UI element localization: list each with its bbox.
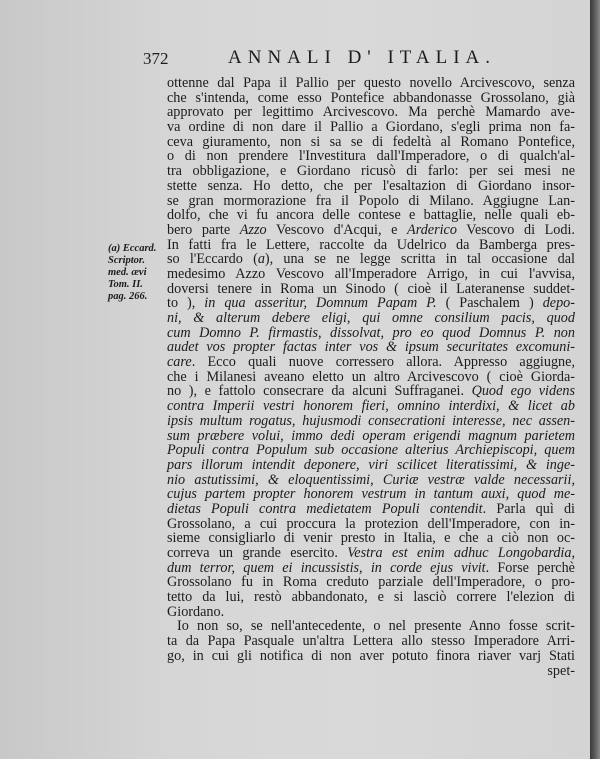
- text-run: stette senza. Ho detto, che per l'esalta…: [167, 178, 575, 194]
- text-line: nio astutissimi, & eloquentissimi, Curiæ…: [167, 473, 575, 488]
- text-line: In fatti fra le Lettere, raccolte da Ude…: [167, 238, 575, 253]
- italic-latin-text: in qua asseritur, Domnum Papam P.: [204, 295, 436, 311]
- italic-latin-text: dietas Populi contra medietatem Populi c…: [167, 501, 483, 517]
- text-run: se gran mormorazione fra il Popolo di Mi…: [167, 193, 575, 209]
- text-line: tetto da lui, restò abbandonato, e si la…: [167, 590, 575, 605]
- text-line: no ), e fattolo consecrare da alcuni Suf…: [167, 384, 575, 399]
- text-run: ceva giuramento, non si sa se di fedeltà…: [167, 134, 575, 150]
- italic-latin-text: audet vos propter factas inter vos & ips…: [167, 339, 575, 355]
- italic-latin-text: care: [167, 354, 192, 370]
- italic-latin-text: Populi contra Populum sub occasione alte…: [167, 442, 575, 458]
- text-run: . Parla quì di: [483, 501, 575, 517]
- text-run: tra obbligazione, e Giordano ricusò di f…: [167, 163, 575, 179]
- text-run: Grossolano, a cui proccura la protezion …: [167, 516, 575, 532]
- text-line: medesimo Azzo Vescovo all'Imperadore Arr…: [167, 267, 575, 282]
- text-line: care. Ecco quali nuove corressero allora…: [167, 355, 575, 370]
- text-line: Populi contra Populum sub occasione alte…: [167, 443, 575, 458]
- text-line: doversi tenere in Roma un Sinodo ( cioè …: [167, 282, 575, 297]
- text-run: ta da Papa Pasquale un'altra Lettera all…: [167, 633, 575, 649]
- italic-latin-text: sum præbere volui, immo dedi operam erig…: [167, 428, 575, 444]
- italic-latin-text: Azzo: [240, 222, 267, 238]
- text-line: Grossolano, a cui proccura la protezion …: [167, 517, 575, 532]
- book-gutter-edge: [590, 0, 600, 759]
- text-line: che s'intenda, come esso Pontefice abban…: [167, 91, 575, 106]
- book-page: 372 ANNALI D' ITALIA. (a) Eccard. Script…: [0, 0, 590, 759]
- text-line: ni, & alterum debere eligi, qui omne con…: [167, 311, 575, 326]
- text-line: stette senza. Ho detto, che per l'esalta…: [167, 179, 575, 194]
- text-run: Io non so, se nell'antecedente, o nel pr…: [177, 618, 575, 634]
- text-line: sum præbere volui, immo dedi operam erig…: [167, 429, 575, 444]
- italic-latin-text: Arderico: [407, 222, 457, 238]
- text-line: Io non so, se nell'antecedente, o nel pr…: [167, 619, 575, 634]
- text-run: ), una se ne legge scritta in tal occasi…: [265, 251, 575, 267]
- text-run: Vescovo d'Acqui, e: [267, 222, 407, 238]
- text-run: bero parte: [167, 222, 240, 238]
- text-run: no ), e fattolo consecrare da alcuni Suf…: [167, 383, 472, 399]
- text-line: tra obbligazione, e Giordano ricusò di f…: [167, 164, 575, 179]
- text-run: Vescovo di Lodi.: [457, 222, 575, 238]
- marginal-note-line: med. ævi: [108, 267, 168, 279]
- text-run: Giordano.: [167, 604, 224, 620]
- text-line: Grossolano fu in Roma creduto parziale d…: [167, 575, 575, 590]
- marginal-note-line: Tom. II.: [108, 279, 168, 291]
- text-line: che i Milanesi aveano eletto un altro Ar…: [167, 370, 575, 385]
- text-run: correva un grande esercito.: [167, 545, 347, 561]
- text-line: ipsis multum rogatus, hujusmodi consecra…: [167, 414, 575, 429]
- body-text: ottenne dal Papa il Pallio per questo no…: [167, 76, 575, 678]
- text-line: correva un grande esercito. Vestra est e…: [167, 546, 575, 561]
- italic-latin-text: Vestra est enim adhuc Longobardia,: [347, 545, 575, 561]
- text-run: dolfo, che vi fu ancora delle contese e …: [167, 207, 575, 223]
- italic-latin-text: ipsis multum rogatus, hujusmodi consecra…: [167, 413, 575, 429]
- text-run: va ordine di non dare il Pallio a Giorda…: [167, 119, 575, 135]
- text-line: o di non prendere l'Investitura dall'Imp…: [167, 149, 575, 164]
- italic-latin-text: contra Imperii vestri honorem fieri, omn…: [167, 398, 575, 414]
- marginal-footnote: (a) Eccard. Scriptor. med. ævi Tom. II. …: [108, 243, 168, 303]
- text-run: medesimo Azzo Vescovo all'Imperadore Arr…: [167, 266, 575, 282]
- italic-latin-text: cujus partem propter honorem vestrum in …: [167, 486, 575, 502]
- text-run: sieme consigliarlo di venir presto in It…: [167, 530, 575, 546]
- italic-latin-text: cum Domno P. firmastis, dissolvat, pro e…: [167, 325, 575, 341]
- italic-latin-text: dum terror, quem ei incussistis, in cord…: [167, 560, 486, 576]
- text-line: ta da Papa Pasquale un'altra Lettera all…: [167, 634, 575, 649]
- text-line: contra Imperii vestri honorem fieri, omn…: [167, 399, 575, 414]
- text-line: so l'Eccardo (a), una se ne legge scritt…: [167, 252, 575, 267]
- text-run: che s'intenda, come esso Pontefice abban…: [167, 90, 575, 106]
- italic-latin-text: a: [258, 251, 265, 267]
- text-line: Giordano.: [167, 605, 575, 620]
- text-line: go, in cui gli notifica di non aver potu…: [167, 649, 575, 664]
- text-run: In fatti fra le Lettere, raccolte da Ude…: [167, 237, 575, 253]
- text-run: so l'Eccardo (: [167, 251, 258, 267]
- text-run: o di non prendere l'Investitura dall'Imp…: [167, 148, 575, 164]
- italic-latin-text: ni, & alterum debere eligi, qui omne con…: [167, 310, 575, 326]
- text-line: approvato per legittimo Arcivescovo. Ma …: [167, 105, 575, 120]
- italic-latin-text: depo-: [543, 295, 575, 311]
- italic-latin-text: nio astutissimi, & eloquentissimi, Curiæ…: [167, 472, 575, 488]
- text-run: to ),: [167, 295, 204, 311]
- text-line: ottenne dal Papa il Pallio per questo no…: [167, 76, 575, 91]
- catchword: spet-: [167, 664, 575, 679]
- text-line: dum terror, quem ei incussistis, in cord…: [167, 561, 575, 576]
- text-run: che i Milanesi aveano eletto un altro Ar…: [167, 369, 575, 385]
- text-run: tetto da lui, restò abbandonato, e si la…: [167, 589, 575, 605]
- text-run: approvato per legittimo Arcivescovo. Ma …: [167, 104, 575, 120]
- marginal-note-line: (a) Eccard.: [108, 243, 168, 255]
- text-line: ceva giuramento, non si sa se di fedeltà…: [167, 135, 575, 150]
- text-run: Grossolano fu in Roma creduto parziale d…: [167, 574, 575, 590]
- italic-latin-text: Quod ego videns: [472, 383, 575, 399]
- text-line: dolfo, che vi fu ancora delle contese e …: [167, 208, 575, 223]
- text-line: dietas Populi contra medietatem Populi c…: [167, 502, 575, 517]
- text-line: se gran mormorazione fra il Popolo di Mi…: [167, 194, 575, 209]
- text-line: va ordine di non dare il Pallio a Giorda…: [167, 120, 575, 135]
- text-line: cujus partem propter honorem vestrum in …: [167, 487, 575, 502]
- text-line: cum Domno P. firmastis, dissolvat, pro e…: [167, 326, 575, 341]
- text-run: ( Paschalem ): [437, 295, 543, 311]
- text-run: go, in cui gli notifica di non aver potu…: [167, 648, 575, 664]
- page-number: 372: [143, 49, 169, 69]
- text-line: to ), in qua asseritur, Domnum Papam P. …: [167, 296, 575, 311]
- running-head: 372 ANNALI D' ITALIA.: [143, 47, 573, 69]
- text-run: doversi tenere in Roma un Sinodo ( cioè …: [167, 281, 575, 297]
- text-run: . Forse perchè: [486, 560, 575, 576]
- marginal-note-line: pag. 266.: [108, 291, 168, 303]
- running-title: ANNALI D' ITALIA.: [228, 47, 496, 69]
- text-line: bero parte Azzo Vescovo d'Acqui, e Arder…: [167, 223, 575, 238]
- text-line: pars illorum intendit deponere, viri sci…: [167, 458, 575, 473]
- text-run: ottenne dal Papa il Pallio per questo no…: [167, 75, 575, 91]
- text-line: sieme consigliarlo di venir presto in It…: [167, 531, 575, 546]
- marginal-note-line: Scriptor.: [108, 255, 168, 267]
- text-run: . Ecco quali nuove corressero allora. Ap…: [192, 354, 575, 370]
- italic-latin-text: pars illorum intendit deponere, viri sci…: [167, 457, 575, 473]
- text-line: audet vos propter factas inter vos & ips…: [167, 340, 575, 355]
